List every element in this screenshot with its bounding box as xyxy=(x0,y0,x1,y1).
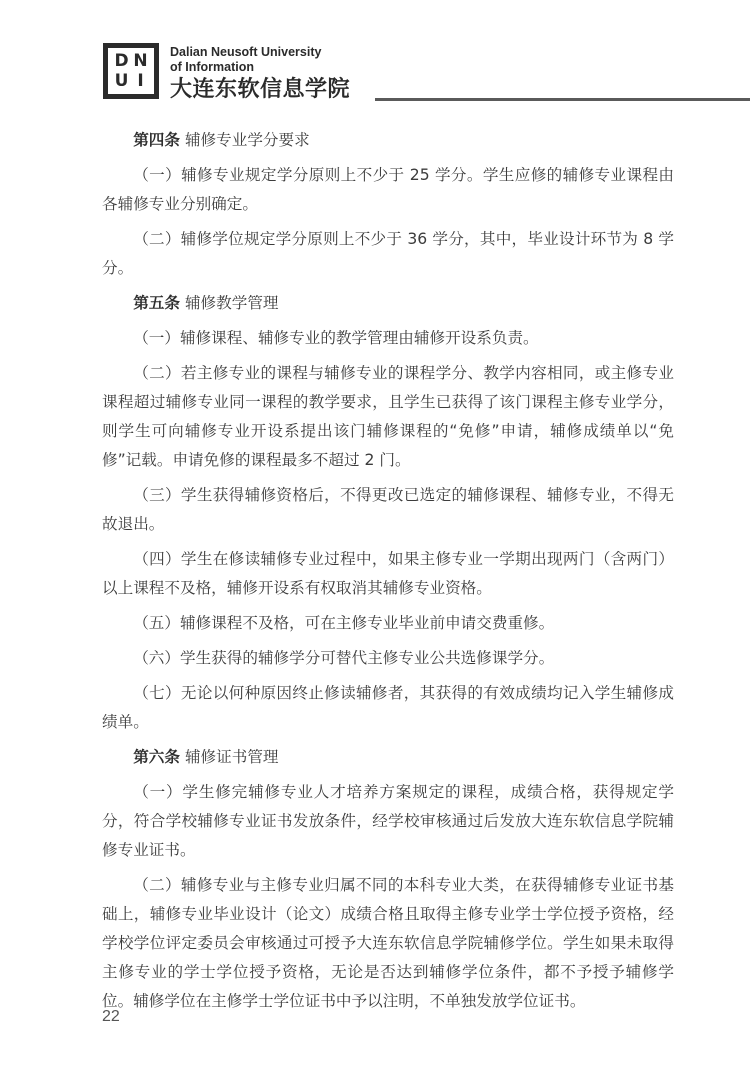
paragraph: （一）辅修课程、辅修专业的教学管理由辅修开设系负责。 xyxy=(102,324,674,353)
paragraph: （二）辅修专业与主修专业归属不同的本科专业大类，在获得辅修专业证书基础上，辅修专… xyxy=(102,871,674,1016)
university-name-en-line1: Dalian Neusoft University xyxy=(170,45,321,60)
logo-letter-d: D xyxy=(114,53,128,70)
article-title: 辅修专业学分要求 xyxy=(185,131,310,149)
paragraph: （五）辅修课程不及格，可在主修专业毕业前申请交费重修。 xyxy=(102,609,674,638)
logo-letter-i: I xyxy=(137,73,143,90)
page-number: 22 xyxy=(102,1008,120,1026)
paragraph: （三）学生获得辅修资格后，不得更改已选定的辅修课程、辅修专业，不得无故退出。 xyxy=(102,481,674,539)
page-header: D N U I Dalian Neusoft University of Inf… xyxy=(103,43,750,107)
article-heading: 第四条 辅修专业学分要求 xyxy=(102,126,674,155)
article-number: 第五条 xyxy=(133,294,180,312)
paragraph: （四）学生在修读辅修专业过程中，如果主修专业一学期出现两门（含两门）以上课程不及… xyxy=(102,545,674,603)
article-heading: 第六条 辅修证书管理 xyxy=(102,743,674,772)
article-heading: 第五条 辅修教学管理 xyxy=(102,289,674,318)
header-divider xyxy=(375,98,750,101)
article-title: 辅修证书管理 xyxy=(185,748,279,766)
paragraph: （一）学生修完辅修专业人才培养方案规定的课程，成绩合格，获得规定学分，符合学校辅… xyxy=(102,778,674,865)
article-title: 辅修教学管理 xyxy=(185,294,279,312)
university-name-english: Dalian Neusoft University of Information xyxy=(170,45,321,75)
dnui-logo: D N U I xyxy=(103,43,159,99)
paragraph: （二）若主修专业的课程与辅修专业的课程学分、教学内容相同，或主修专业课程超过辅修… xyxy=(102,359,674,475)
logo-letter-n: N xyxy=(133,53,147,70)
article-number: 第六条 xyxy=(133,748,180,766)
paragraph: （一）辅修专业规定学分原则上不少于 25 学分。学生应修的辅修专业课程由各辅修专… xyxy=(102,161,674,219)
paragraph: （二）辅修学位规定学分原则上不少于 36 学分，其中，毕业设计环节为 8 学分。 xyxy=(102,225,674,283)
university-name-en-line2: of Information xyxy=(170,60,321,75)
logo-letter-u: U xyxy=(115,73,129,90)
university-name-chinese: 大连东软信息学院 xyxy=(170,77,350,103)
document-body: 第四条 辅修专业学分要求 （一）辅修专业规定学分原则上不少于 25 学分。学生应… xyxy=(102,126,674,1022)
paragraph: （六）学生获得的辅修学分可替代主修专业公共选修课学分。 xyxy=(102,644,674,673)
paragraph: （七）无论以何种原因终止修读辅修者，其获得的有效成绩均记入学生辅修成绩单。 xyxy=(102,679,674,737)
article-number: 第四条 xyxy=(133,131,180,149)
